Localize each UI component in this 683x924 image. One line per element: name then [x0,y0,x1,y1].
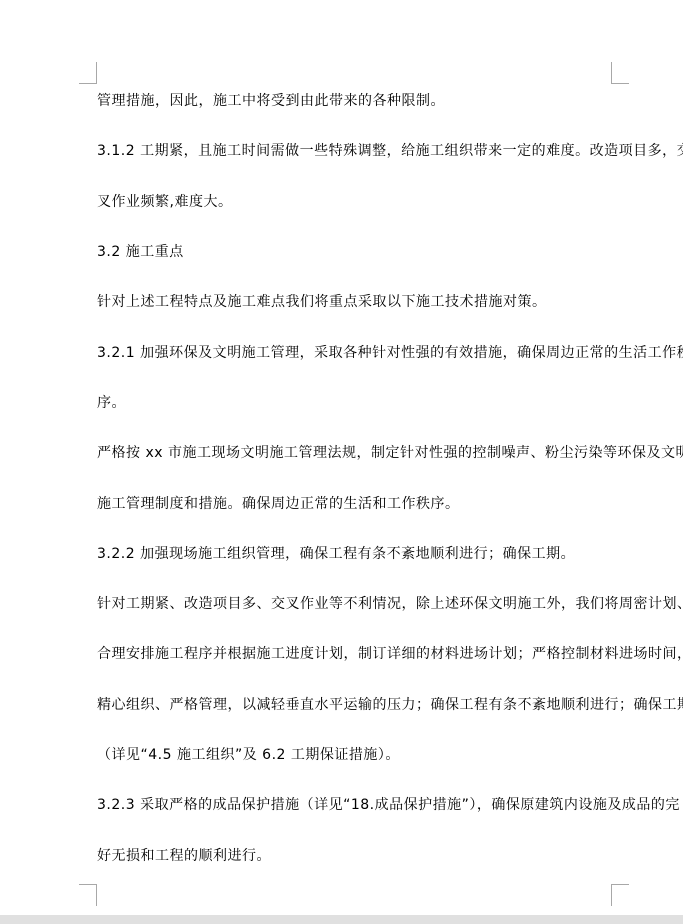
text-line: 3.2.2 加强现场施工组织管理，确保工程有条不紊地顺利进行；确保工期。 [97,528,614,578]
document-page: 管理措施，因此，施工中将受到由此带来的各种限制。 3.1.2 工期紧，且施工时间… [0,0,683,915]
text-boundary-mark-bottom-left [79,884,97,906]
text-line: （详见“4.5 施工组织”及 6.2 工期保证措施）。 [97,729,614,779]
document-viewer: 管理措施，因此，施工中将受到由此带来的各种限制。 3.1.2 工期紧，且施工时间… [0,0,683,924]
text-line-heading: 3.2 施工重点 [97,226,614,276]
text-line: 精心组织、严格管理，以减轻垂直水平运输的压力；确保工程有条不紊地顺利进行；确保工… [97,679,614,729]
text-line: 严格按 xx 市施工现场文明施工管理法规，制定针对性强的控制噪声、粉尘污染等环保… [97,427,614,477]
text-line: 针对上述工程特点及施工难点我们将重点采取以下施工技术措施对策。 [97,276,614,326]
document-text-area[interactable]: 管理措施，因此，施工中将受到由此带来的各种限制。 3.1.2 工期紧，且施工时间… [97,75,614,880]
text-line: 针对工期紧、改造项目多、交叉作业等不利情况，除上述环保文明施工外，我们将周密计划… [97,578,614,628]
text-line: 管理措施，因此，施工中将受到由此带来的各种限制。 [97,75,614,125]
text-line: 3.2.3 采取严格的成品保护措施（详见“18.成品保护措施”），确保原建筑内设… [97,779,614,829]
text-boundary-mark-bottom-right [611,884,629,906]
text-line: 叉作业频繁,难度大。 [97,176,614,226]
text-line: 序。 [97,377,614,427]
text-line: 好无损和工程的顺利进行。 [97,829,614,879]
text-line: 3.2.1 加强环保及文明施工管理，采取各种针对性强的有效措施，确保周边正常的生… [97,326,614,376]
text-boundary-mark-top-left [79,62,97,84]
text-line: 3.1.2 工期紧，且施工时间需做一些特殊调整，给施工组织带来一定的难度。改造项… [97,125,614,175]
workspace-background [0,915,683,924]
text-line: 施工管理制度和措施。确保周边正常的生活和工作秩序。 [97,477,614,527]
text-line: 合理安排施工程序并根据施工进度计划，制订详细的材料进场计划；严格控制材料进场时间… [97,628,614,678]
